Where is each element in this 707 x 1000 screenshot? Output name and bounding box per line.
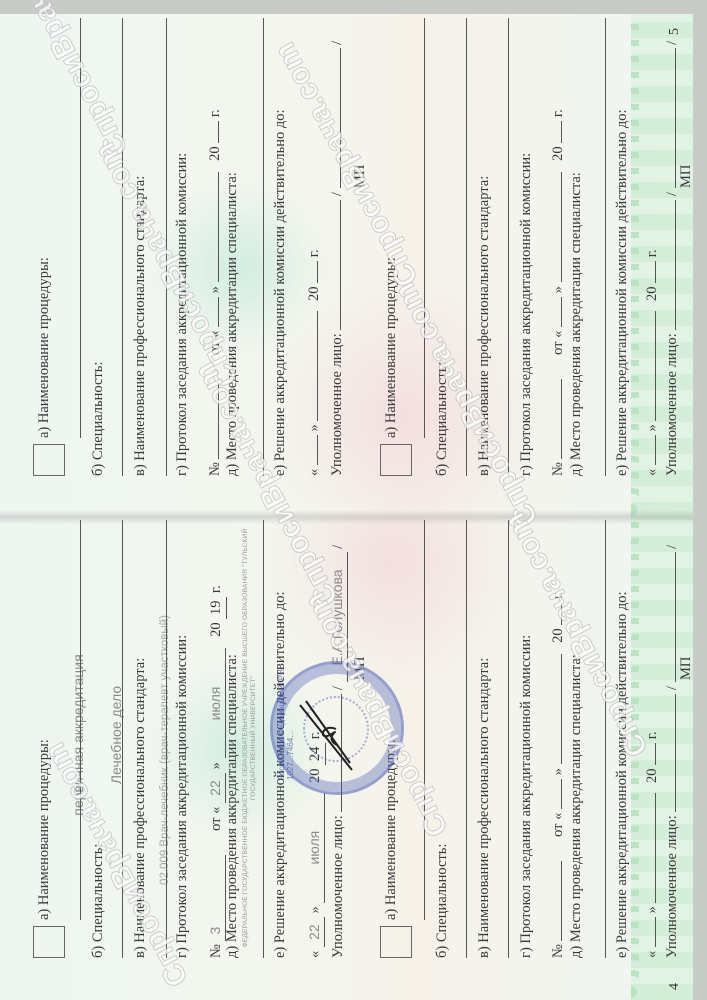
label-place: д) Место проведения аккредитации специал…	[222, 14, 242, 476]
label-specialty: б) Специальность:	[432, 14, 452, 476]
valid-month[interactable]	[317, 311, 318, 421]
procedure-value[interactable]: первичная аккредитация	[68, 620, 88, 850]
label-year-suffix: г.	[644, 249, 660, 257]
label-procedure: а) Наименование процедуры:	[34, 518, 54, 920]
underline	[166, 520, 167, 958]
entry-checkbox[interactable]	[380, 444, 412, 476]
label-valid-until: е) Решение аккредитационной комиссии дей…	[270, 14, 290, 476]
label-quote-close: »	[550, 286, 566, 293]
underline	[122, 18, 123, 476]
protocol-number-row: № от « » 20 г.	[548, 14, 568, 476]
label-valid-until: е) Решение аккредитационной комиссии дей…	[612, 518, 632, 958]
label-no: №	[550, 462, 566, 476]
specialty-value[interactable]: Лечебное дело	[106, 620, 126, 850]
valid-month[interactable]	[655, 311, 656, 421]
label-valid-until: е) Решение аккредитационной комиссии дей…	[612, 14, 632, 476]
label-authorized: Уполномоченное лицо:	[330, 815, 346, 958]
place-value[interactable]: ФЕДЕРАЛЬНОЕ ГОСУДАРСТВЕННОЕ БЮДЖЕТНОЕ ОБ…	[242, 528, 258, 948]
underline	[508, 520, 509, 958]
page-number: 5	[667, 28, 683, 35]
signature-field[interactable]	[675, 694, 676, 812]
valid-date-row: « » 20 г.	[642, 518, 662, 958]
label-specialty: б) Специальность:	[432, 518, 452, 958]
page-4: а) Наименование процедуры: первичная акк…	[0, 518, 693, 1000]
label-quote-close: »	[550, 768, 566, 775]
label-slash: /	[329, 41, 345, 45]
protocol-month[interactable]	[561, 173, 562, 283]
label-authorized: Уполномоченное лицо:	[329, 333, 345, 476]
entry-checkbox[interactable]	[33, 926, 65, 958]
label-protocol: г) Протокол заседания аккредитационной к…	[172, 14, 192, 476]
label-year-prefix: 20	[644, 287, 660, 302]
label-protocol: г) Протокол заседания аккредитационной к…	[516, 518, 536, 958]
underline	[263, 18, 264, 476]
label-prof-standard: в) Наименование профессионального станда…	[130, 518, 150, 958]
label-place: д) Место проведения аккредитации специал…	[222, 518, 242, 958]
label-year-prefix: 20	[207, 146, 223, 161]
underline	[466, 520, 467, 958]
underline	[466, 18, 467, 476]
label-year-prefix: 20	[550, 628, 566, 643]
label-year-suffix: г.	[550, 109, 566, 117]
underline	[605, 520, 606, 958]
protocol-year[interactable]	[561, 121, 562, 143]
label-quote-close: »	[307, 906, 323, 913]
valid-year[interactable]	[317, 261, 318, 283]
label-stamp-place: МП	[676, 518, 693, 680]
valid-date-row: « » 20 г.	[642, 14, 662, 476]
label-prof-standard: в) Наименование профессионального станда…	[474, 14, 494, 476]
label-stamp-place: МП	[350, 14, 370, 188]
label-quote-close: »	[306, 424, 322, 431]
underline	[80, 520, 81, 920]
entry-checkbox[interactable]	[33, 444, 65, 476]
protocol-month[interactable]	[218, 173, 219, 283]
valid-year[interactable]	[655, 743, 656, 765]
label-year-prefix: 20	[550, 146, 566, 161]
label-authorized: Уполномоченное лицо:	[664, 333, 680, 476]
label-no: №	[550, 944, 566, 958]
protocol-number[interactable]	[561, 379, 562, 459]
underline	[263, 520, 264, 958]
label-place: д) Место проведения аккредитации специал…	[566, 14, 586, 476]
label-slash: /	[330, 545, 346, 549]
protocol-year[interactable]	[561, 603, 562, 625]
label-place: д) Место проведения аккредитации специал…	[566, 518, 586, 958]
label-ot: от «	[550, 331, 566, 355]
signature-field[interactable]	[675, 200, 676, 330]
label-prof-standard: в) Наименование профессионального станда…	[474, 518, 494, 958]
signature-icon	[292, 695, 362, 775]
label-year-prefix: 20	[644, 769, 660, 784]
label-year-suffix: г.	[644, 731, 660, 739]
label-slash: /	[664, 686, 680, 690]
protocol-number[interactable]	[218, 379, 219, 459]
protocol-day[interactable]	[561, 297, 562, 327]
valid-day[interactable]	[655, 435, 656, 465]
protocol-day[interactable]	[561, 779, 562, 809]
label-prof-standard: в) Наименование профессионального станда…	[130, 14, 150, 476]
label-year-suffix: г.	[306, 249, 322, 257]
page-5: а) Наименование процедуры: б) Специально…	[0, 14, 693, 518]
label-slash: /	[664, 192, 680, 196]
underline	[424, 520, 425, 920]
valid-day[interactable]	[655, 917, 656, 947]
protocol-day[interactable]	[218, 297, 219, 327]
label-ot: от «	[550, 813, 566, 837]
signature-field[interactable]	[340, 200, 341, 330]
document-spread: а) Наименование процедуры: первичная акк…	[0, 0, 707, 1000]
label-quote-close: »	[644, 906, 660, 913]
label-stamp-place: МП	[350, 518, 370, 680]
label-year-suffix: г.	[207, 109, 223, 117]
label-year-prefix: 20	[306, 287, 322, 302]
label-quote-open: «	[644, 469, 660, 476]
label-specialty: б) Специальность:	[88, 14, 108, 476]
label-protocol: г) Протокол заседания аккредитационной к…	[172, 518, 192, 958]
label-quote-close: »	[207, 286, 223, 293]
valid-day[interactable]: 22	[304, 917, 325, 947]
label-year-suffix: г.	[550, 591, 566, 599]
label-no: №	[207, 462, 223, 476]
label-procedure: а) Наименование процедуры:	[381, 14, 401, 438]
valid-year[interactable]	[655, 261, 656, 283]
entry-checkbox[interactable]	[380, 926, 412, 958]
protocol-number-row: № от « » 20 г.	[548, 518, 568, 958]
label-specialty: б) Специальность:	[88, 518, 108, 958]
authorized-row: Уполномоченное лицо: / /	[327, 14, 347, 476]
protocol-year[interactable]	[218, 121, 219, 143]
label-stamp-place: МП	[676, 14, 693, 188]
label-protocol: г) Протокол заседания аккредитационной к…	[516, 14, 536, 476]
protocol-month[interactable]	[561, 655, 562, 765]
underline	[80, 18, 81, 438]
label-procedure: а) Наименование процедуры:	[34, 14, 54, 438]
valid-date-row: « » 20 г.	[304, 14, 324, 476]
underline	[508, 18, 509, 476]
valid-month[interactable]	[655, 793, 656, 903]
label-quote-open: «	[644, 951, 660, 958]
authorized-person[interactable]	[340, 48, 341, 188]
label-quote-open: «	[307, 951, 323, 958]
underline	[122, 520, 123, 958]
page-number: 4	[667, 983, 683, 990]
label-quote-close: »	[644, 424, 660, 431]
valid-month[interactable]: июля	[304, 793, 325, 903]
protocol-number[interactable]	[561, 861, 562, 941]
underline	[605, 18, 606, 476]
label-slash: /	[329, 192, 345, 196]
label-ot: от «	[207, 331, 223, 355]
label-quote-open: «	[306, 469, 322, 476]
underline	[424, 18, 425, 438]
valid-day[interactable]	[317, 435, 318, 465]
book-fold	[0, 510, 693, 524]
label-authorized: Уполномоченное лицо:	[664, 815, 680, 958]
underline	[166, 18, 167, 476]
